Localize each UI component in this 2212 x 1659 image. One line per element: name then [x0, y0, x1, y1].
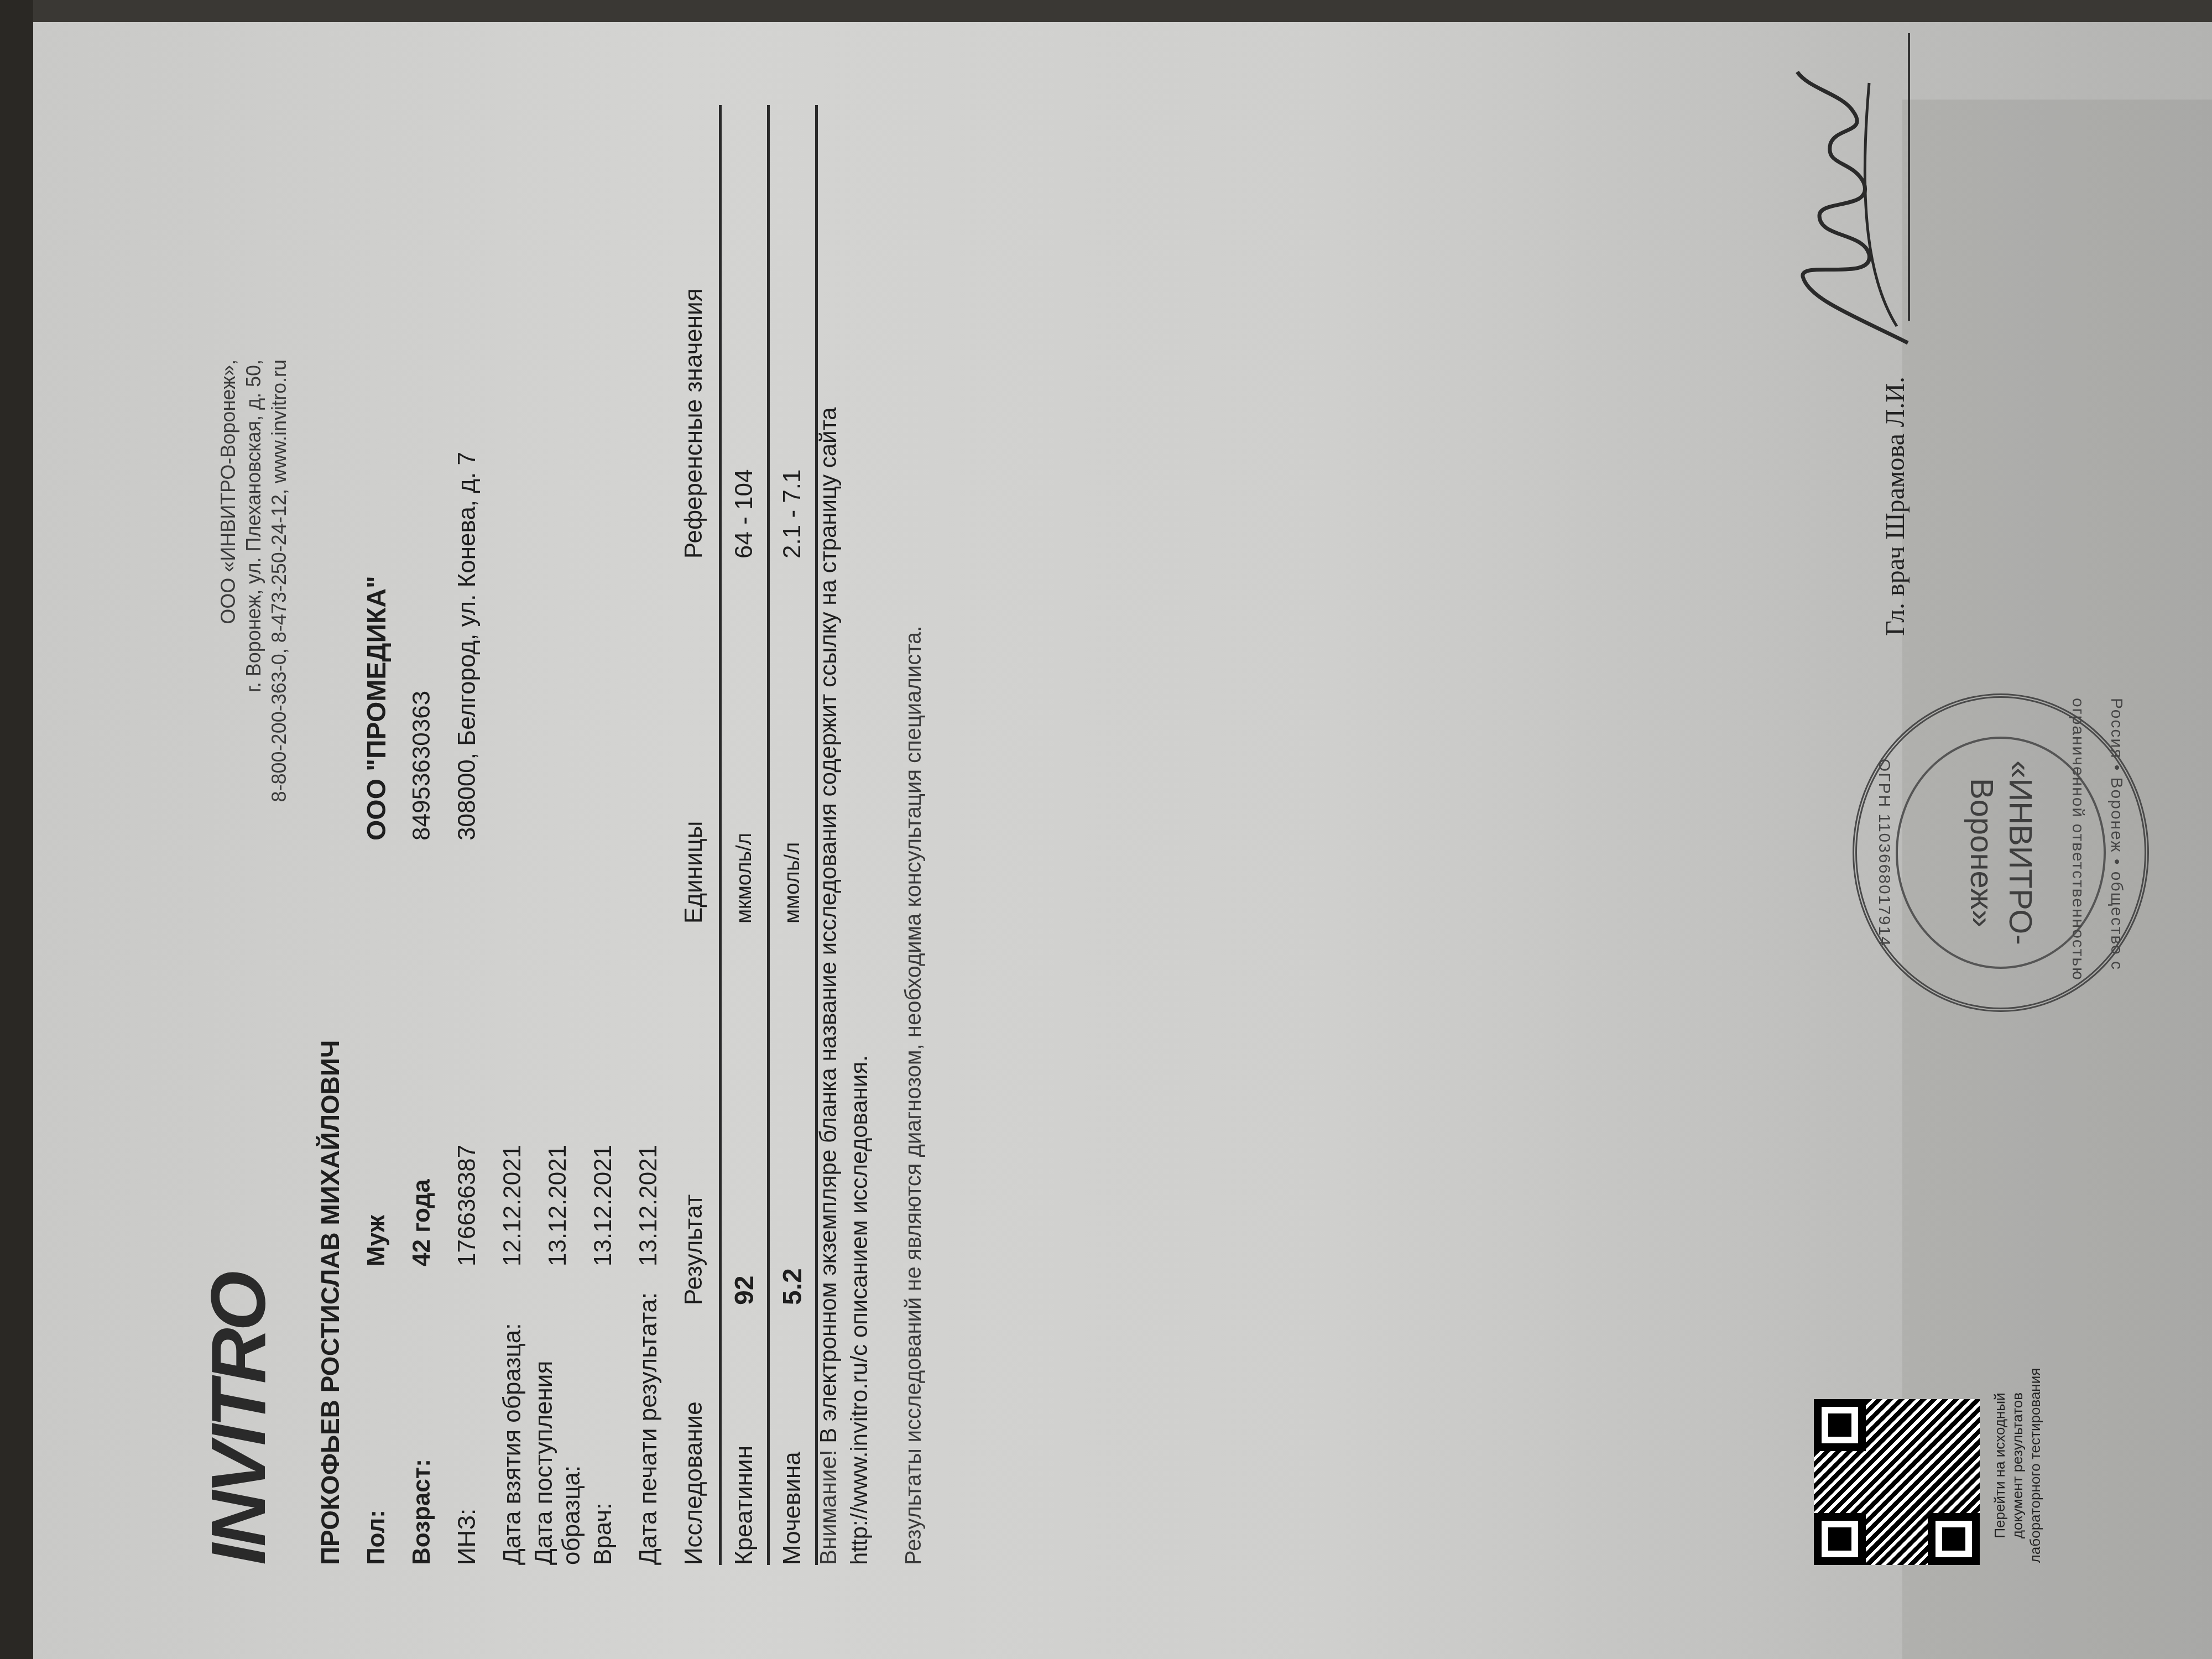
info-row-sample-date: Дата взятия образца: 12.12.2021 — [490, 1145, 535, 1565]
info-row-doctor: Врач: 13.12.2021 — [581, 1145, 626, 1565]
info-value: Муж — [363, 1215, 390, 1266]
qr-caption: Перейти на исходный документ результатов… — [1991, 1366, 2044, 1565]
qr-finder-icon — [1814, 1513, 1866, 1565]
note-text: В электронном экземпляре бланка название… — [815, 407, 841, 1449]
patient-name: ПРОКОФЬЕВ РОСТИСЛАВ МИХАЙЛОВИЧ — [315, 1040, 345, 1565]
info-label: Дата взятия образца: — [499, 1266, 526, 1565]
qr-finder-icon — [1814, 1399, 1866, 1451]
info-row-received-date: Дата поступления образца: 13.12.2021 — [535, 1145, 581, 1565]
results-table: Исследование Результат Единицы Референсн… — [669, 105, 818, 1565]
info-label: Дата печати результата: — [635, 1266, 662, 1565]
info-value: 12.12.2021 — [499, 1145, 526, 1266]
background-edge-left — [0, 0, 33, 1659]
cell-units: мкмоль/л — [733, 559, 757, 924]
background-edge-top — [0, 0, 2212, 22]
cell-reference: 2.1 - 7.1 — [779, 105, 806, 559]
cell-test: Мочевина — [779, 1305, 806, 1565]
info-label: Возраст: — [408, 1266, 436, 1565]
info-label: Дата поступления образца: — [530, 1266, 586, 1565]
note-link[interactable]: http://www.invitro.ru/c описанием исслед… — [846, 1055, 872, 1565]
table-row: Креатинин 92 мкмоль/л 64 - 104 — [722, 105, 770, 1565]
info-value: 176636387 — [453, 1145, 481, 1266]
electronic-copy-note: Внимание! В электронном экземпляре бланк… — [813, 105, 875, 1565]
lab-report: INVITRO ООО «ИНВИТРО-Воронеж», г. Вороне… — [194, 83, 2074, 1576]
lab-name: ООО «ИНВИТРО-Воронеж», — [216, 359, 241, 802]
client-address: 308000, Белгород, ул. Конева, д. 7 — [445, 452, 490, 841]
cell-units: ммоль/л — [781, 559, 805, 924]
client-phone: 8495363036З — [399, 452, 445, 841]
cell-result: 92 — [729, 924, 760, 1305]
cell-reference: 64 - 104 — [731, 105, 758, 559]
patient-info: Пол: Муж Возраст: 42 года ИНЗ: 176636387… — [354, 1145, 671, 1565]
qr-code[interactable] — [1814, 1399, 1980, 1565]
info-label: ИНЗ: — [453, 1266, 481, 1565]
signer-name: Гл. врач Шрамова Л.И. — [1880, 377, 1911, 636]
attention-label: Внимание! — [815, 1449, 841, 1565]
info-row-inz: ИНЗ: 176636387 — [445, 1145, 490, 1565]
header-reference: Референсные значения — [680, 105, 708, 559]
header-test: Исследование — [680, 1305, 708, 1565]
disclaimer: Результаты исследований не являются диаг… — [901, 626, 926, 1565]
lab-address: г. Воронеж, ул. Плехановская, д. 50, — [241, 359, 267, 802]
cell-test: Креатинин — [731, 1305, 758, 1565]
header-units: Единицы — [680, 559, 708, 924]
stamp-ogrn: ОГРН 1103668017914 — [1865, 759, 1903, 947]
table-row: Мочевина 5.2 ммоль/л 2.1 - 7.1 — [770, 105, 818, 1565]
info-row-print-date: Дата печати результата: 13.12.2021 — [626, 1145, 671, 1565]
info-row-age: Возраст: 42 года — [399, 1145, 445, 1565]
info-value: 42 года — [408, 1179, 436, 1266]
client-org: ООО "ПРОМЕДИКА" 8495363036З 308000, Белг… — [354, 452, 490, 841]
table-header: Исследование Результат Единицы Референсн… — [669, 105, 722, 1565]
info-label: Пол: — [363, 1266, 390, 1565]
info-label: Врач: — [589, 1266, 617, 1565]
signature-icon — [1786, 61, 1919, 348]
lab-contacts: 8-800-200-363-0, 8-473-250-24-12, www.in… — [267, 359, 292, 802]
info-value: 13.12.2021 — [635, 1145, 662, 1266]
lab-header: ООО «ИНВИТРО-Воронеж», г. Воронеж, ул. П… — [216, 359, 292, 802]
invitro-logo: INVITRO — [194, 1274, 283, 1565]
info-value: 13.12.2021 — [589, 1145, 617, 1266]
header-result: Результат — [680, 924, 708, 1305]
info-value: 13.12.2021 — [544, 1145, 572, 1266]
cell-result: 5.2 — [778, 924, 808, 1305]
client-name: ООО "ПРОМЕДИКА" — [354, 452, 399, 841]
qr-finder-icon — [1928, 1513, 1980, 1565]
stamp-ring-text: Россия • Воронеж • общество с ограниченн… — [2058, 698, 2136, 1008]
stamp: Россия • Воронеж • общество с ограниченн… — [1853, 693, 2149, 1012]
info-row-sex: Пол: Муж — [354, 1145, 399, 1565]
